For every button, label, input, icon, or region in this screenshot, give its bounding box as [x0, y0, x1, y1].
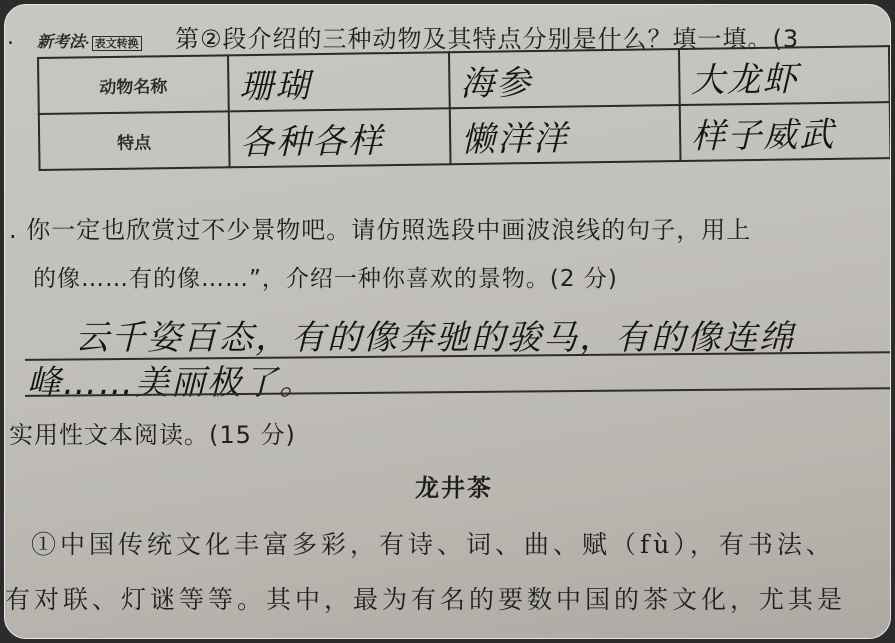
table-row-traits: 特点 各种各样 懒洋洋 样子威武 — [39, 102, 891, 170]
answer-cell[interactable]: 大龙虾 — [679, 46, 890, 105]
question-4-line2: 的像……有的像……”，介绍一种你喜欢的景物。(2 分) — [33, 260, 618, 293]
section-heading: 实用性文本阅读。(15 分) — [9, 415, 296, 450]
badge-sep: · — [85, 36, 90, 50]
answer-cell[interactable]: 各种各样 — [229, 108, 451, 167]
handwritten-answer: 珊瑚 — [239, 66, 312, 107]
handwritten-answer: 样子威武 — [691, 114, 836, 156]
handwritten-answer: 海参 — [460, 63, 533, 104]
answer-cell[interactable]: 海参 — [449, 49, 680, 108]
question-4-text: 你一定也欣赏过不少景物吧。请仿照选段中画波浪线的句子，用上 — [26, 216, 751, 244]
handwritten-answer-line2: 峰……美丽极了。 — [27, 355, 315, 404]
row-header-name: 动物名称 — [38, 55, 229, 114]
animal-table: 动物名称 珊瑚 海参 大龙虾 特点 各种各样 懒洋洋 样子威武 — [37, 45, 891, 171]
photo-frame: . 新考法·表文转换 第②段介绍的三种动物及其特点分别是什么？填一填。(3 动物… — [0, 0, 895, 643]
answer-cell[interactable]: 懒洋洋 — [450, 105, 681, 164]
question-4-line1: . 你一定也欣赏过不少景物吧。请仿照选段中画波浪线的句子，用上 — [9, 210, 751, 245]
handwritten-answer: 各种各样 — [240, 121, 385, 163]
handwritten-answer: 懒洋洋 — [461, 118, 570, 160]
worksheet-photo: . 新考法·表文转换 第②段介绍的三种动物及其特点分别是什么？填一填。(3 动物… — [4, 4, 891, 639]
answer-cell[interactable]: 样子威武 — [680, 102, 891, 161]
paragraph-1-line1: ①中国传统文化丰富多彩，有诗、词、曲、赋（fù），有书法、 — [31, 525, 835, 561]
answer-cell[interactable]: 珊瑚 — [228, 52, 450, 111]
handwritten-answer: 大龙虾 — [690, 59, 799, 101]
handwritten-answer-line1: 云千姿百态，有的像奔驰的骏马，有的像连绵 — [75, 310, 795, 359]
row-header-trait: 特点 — [39, 111, 230, 170]
badge-main: 新考法 — [37, 32, 85, 51]
badge-box: 表文转换 — [92, 36, 142, 51]
paragraph-1-line2: 有对联、灯谜等等。其中，最为有名的要数中国的茶文化，尤其是 — [5, 580, 846, 616]
article-title: 龙井茶 — [415, 468, 493, 503]
question-3-number: . — [7, 25, 14, 50]
question-type-badge: 新考法·表文转换 — [37, 29, 142, 52]
question-4-number: . — [9, 216, 18, 244]
